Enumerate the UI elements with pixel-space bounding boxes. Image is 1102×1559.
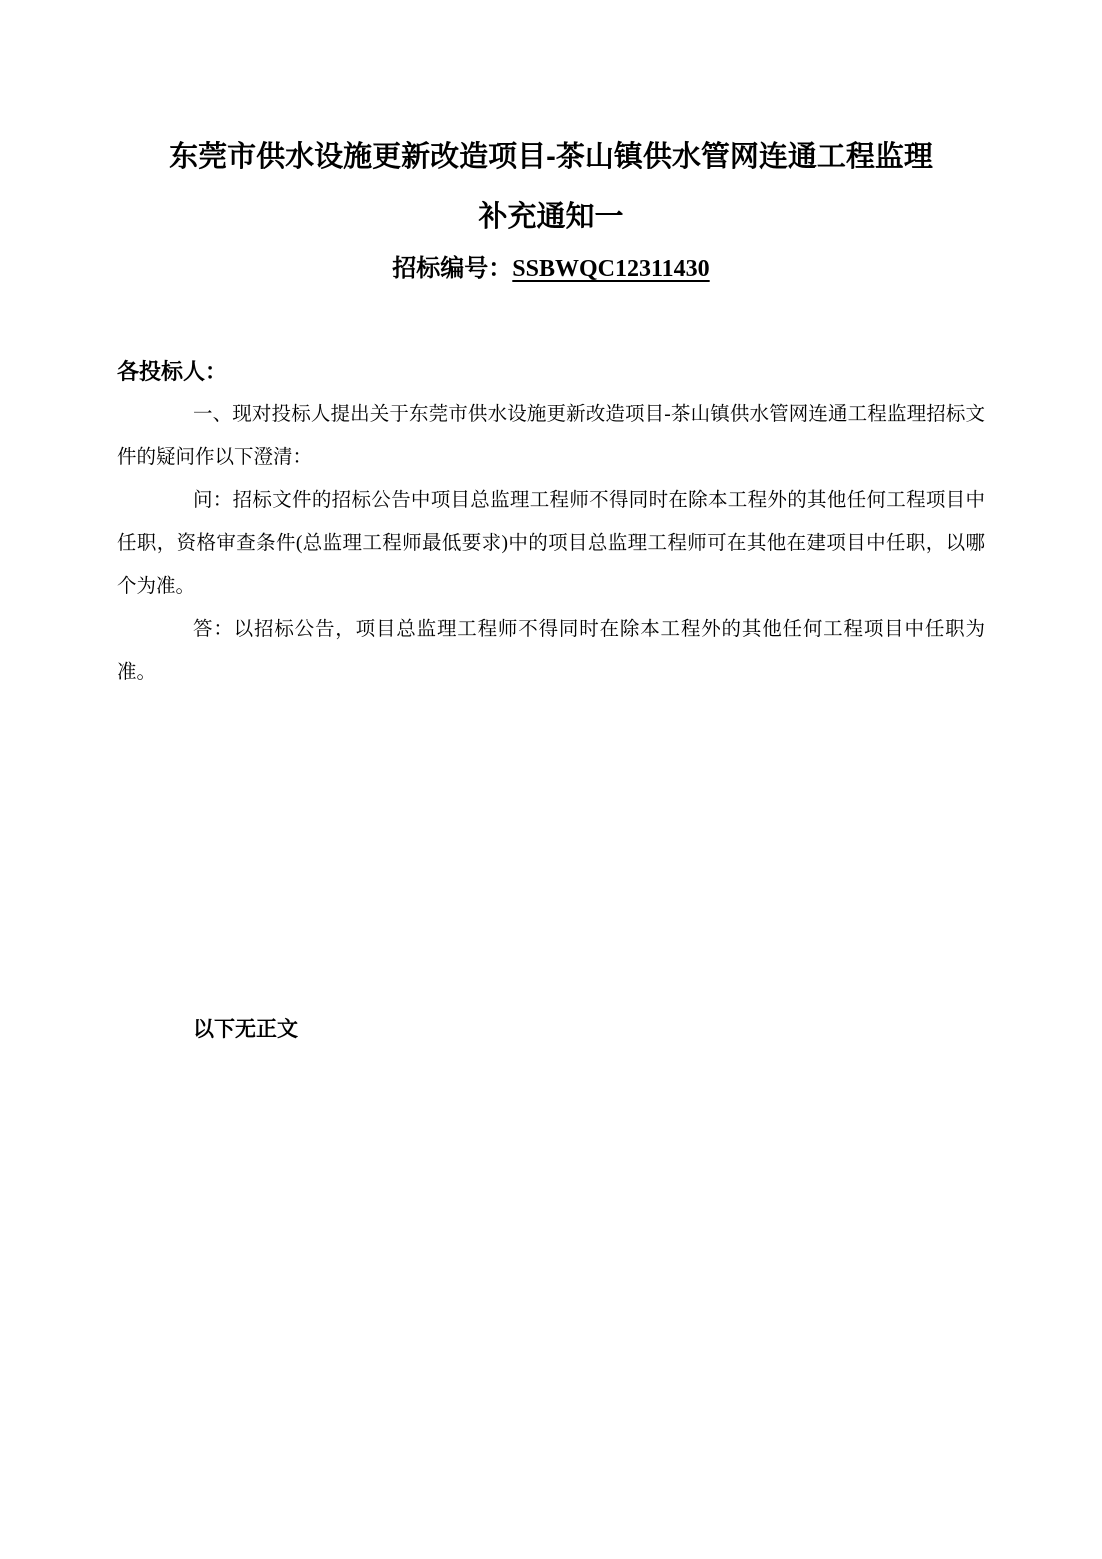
- tender-number-line: 招标编号：SSBWQC12311430: [117, 252, 985, 286]
- tender-number-value: SSBWQC12311430: [512, 256, 709, 282]
- end-of-text-note: 以下无正文: [117, 1008, 985, 1051]
- paragraph-question: 问：招标文件的招标公告中项目总监理工程师不得同时在除本工程外的其他任何工程项目中…: [117, 479, 985, 608]
- document-page: 东莞市供水设施更新改造项目-茶山镇供水管网连通工程监理 补充通知一 招标编号：S…: [0, 0, 1102, 1559]
- salutation: 各投标人：: [117, 350, 985, 393]
- tender-number-label: 招标编号：: [392, 255, 512, 282]
- document-subtitle: 补充通知一: [117, 196, 985, 238]
- paragraph-clarification-intro: 一、现对投标人提出关于东莞市供水设施更新改造项目-茶山镇供水管网连通工程监理招标…: [117, 393, 985, 479]
- paragraph-answer: 答：以招标公告，项目总监理工程师不得同时在除本工程外的其他任何工程项目中任职为准…: [117, 608, 985, 694]
- document-title: 东莞市供水设施更新改造项目-茶山镇供水管网连通工程监理: [117, 136, 985, 178]
